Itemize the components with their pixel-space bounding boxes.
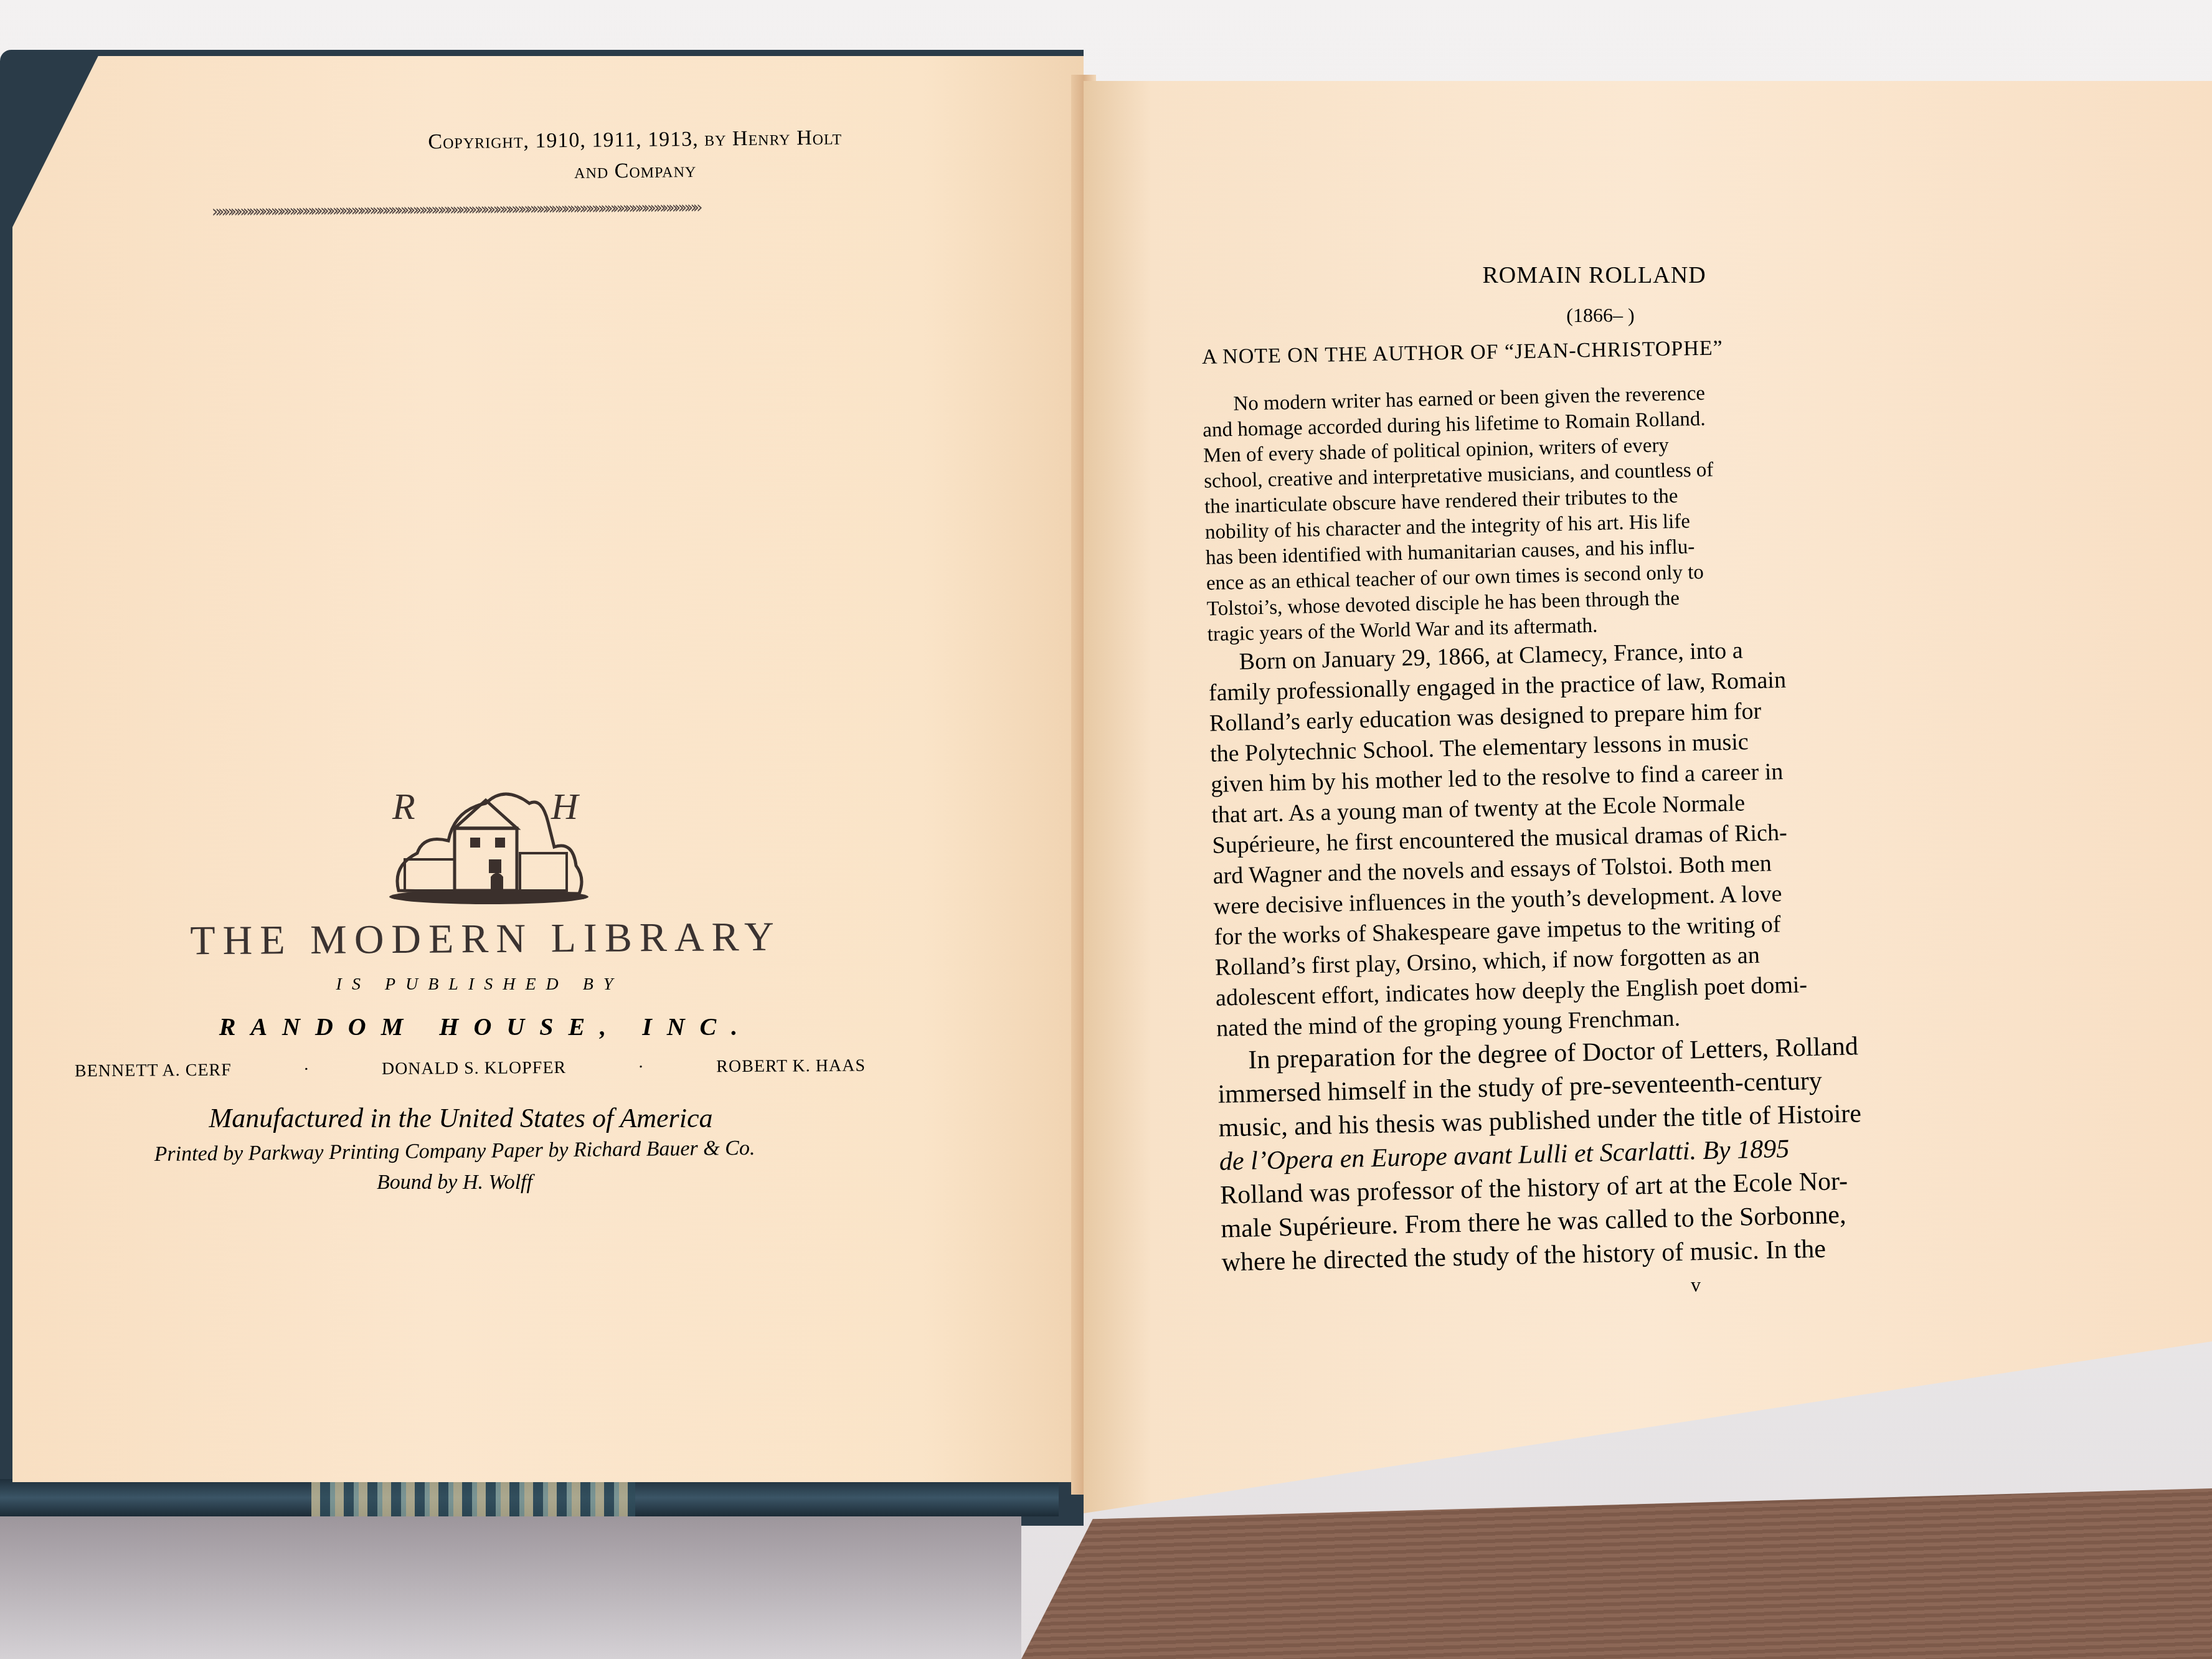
spine-worn-band — [311, 1479, 635, 1516]
partner-cerf: BENNETT A. CERF — [75, 1061, 232, 1082]
manufactured-statement: Manufactured in the United States of Ame… — [112, 1102, 810, 1134]
author-dates: (1866– ) — [1507, 304, 1694, 327]
svg-text:R: R — [392, 786, 415, 827]
random-house-logo: R H — [380, 772, 592, 909]
partner-klopfer: DONALD S. KLOPFER — [382, 1058, 566, 1079]
left-page-copyright — [12, 56, 1084, 1482]
publisher-name: RANDOM HOUSE, INC. — [143, 1012, 828, 1041]
author-note-body: No modern writer has earned or been give… — [1202, 369, 2212, 1279]
published-by-label: IS PUBLISHED BY — [237, 975, 722, 995]
house-illustration-icon: R H — [380, 772, 592, 909]
series-title: THE MODERN LIBRARY — [149, 913, 823, 965]
svg-text:H: H — [551, 786, 580, 827]
page-block-edge — [1021, 1488, 2212, 1659]
page-number: v — [1691, 1274, 1701, 1297]
separator-dot: · — [638, 1057, 645, 1077]
copyright-notice: Copyright, 1910, 1911, 1913, by Henry Ho… — [262, 121, 1009, 191]
partner-haas: ROBERT K. HAAS — [716, 1056, 866, 1077]
separator-dot: · — [303, 1060, 310, 1080]
author-heading: ROMAIN ROLLAND — [1420, 262, 1769, 289]
binder-credit: Bound by H. Wolff — [237, 1171, 673, 1194]
table-shadow — [0, 1516, 1021, 1659]
